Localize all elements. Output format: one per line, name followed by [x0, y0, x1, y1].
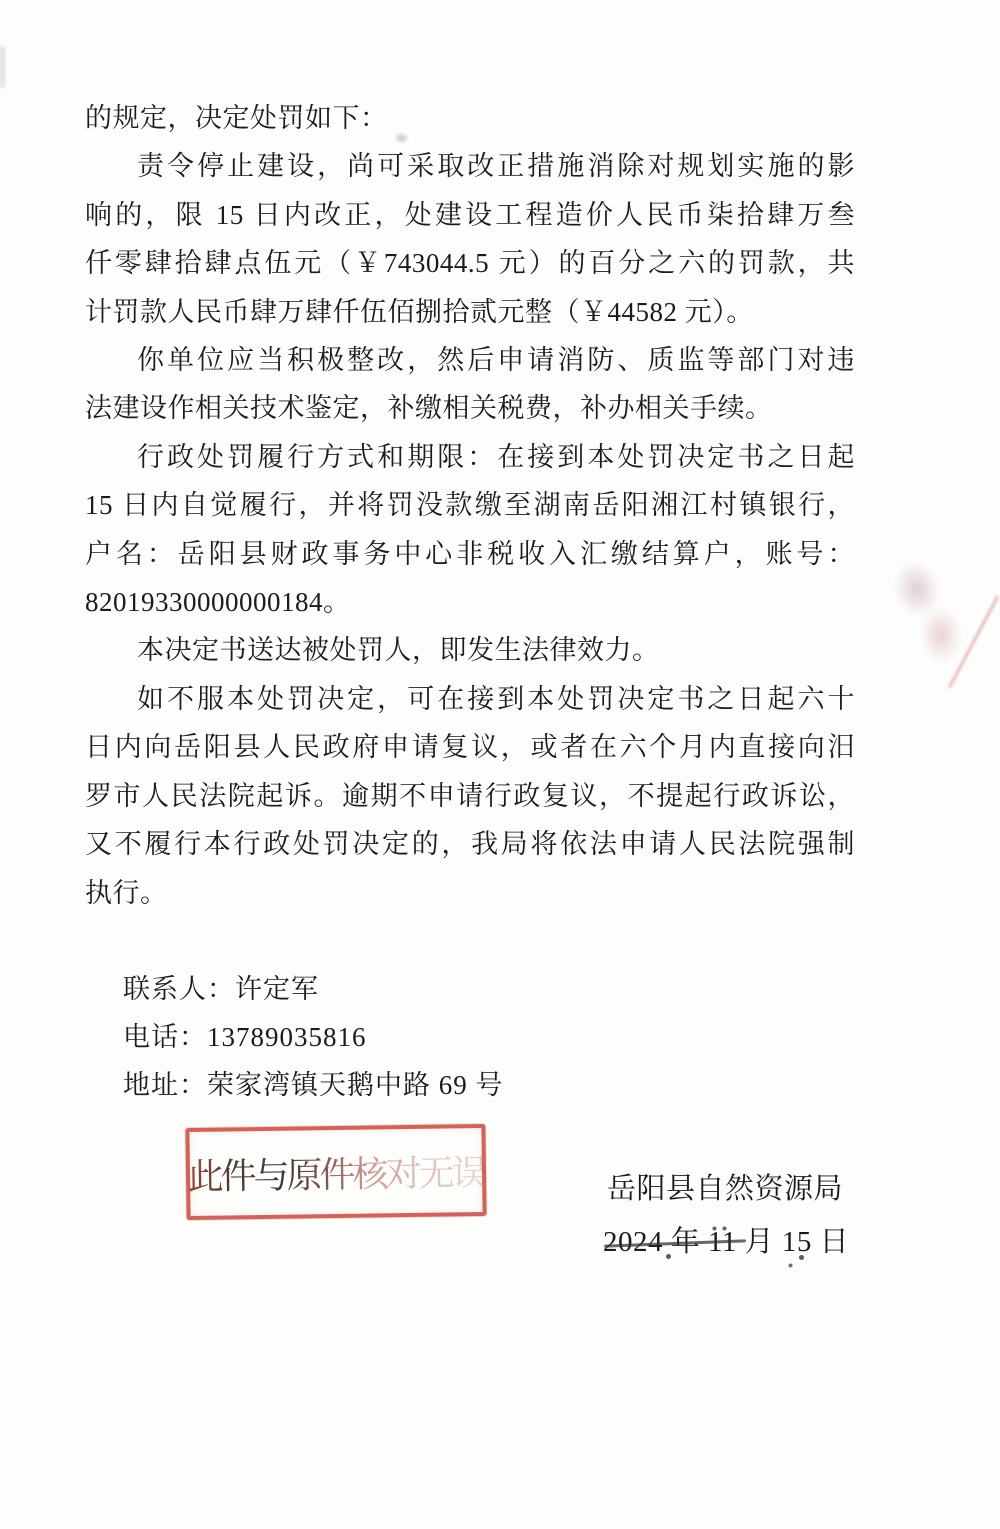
- scan-smudge: [396, 134, 407, 142]
- contact-block: 联系人：许定军 电话：13789035816 地址：荣家湾镇天鹅中路 69 号: [123, 965, 504, 1109]
- agency-name: 岳阳县自然资源局: [603, 1163, 847, 1216]
- body-text: 的规定，决定处罚如下： 责令停止建设，尚可采取改正措施消除对规划实施的影 响的，…: [85, 94, 855, 917]
- faded-stamp-blob: [920, 606, 962, 664]
- body-line: 本决定书送达被处罚人，即发生法律效力。: [85, 626, 855, 674]
- body-line: 82019330000000184。: [85, 578, 855, 626]
- body-line: 你单位应当积极整改，然后申请消防、质监等部门对违: [85, 336, 855, 384]
- body-line: 法建设作相关技术鉴定，补缴相关税费，补办相关手续。: [85, 384, 855, 432]
- verification-stamp-text: 此件与原件核对无误: [187, 1144, 485, 1199]
- contact-address: 地址：荣家湾镇天鹅中路 69 号: [123, 1061, 504, 1109]
- body-line: 15 日内自觉履行，并将罚没款缴至湖南岳阳湘江村镇银行，: [85, 481, 855, 529]
- contact-person: 联系人：许定军: [123, 965, 504, 1013]
- scan-edge-mark: [0, 46, 5, 88]
- body-line: 责令停止建设，尚可采取改正措施消除对规划实施的影: [85, 142, 855, 190]
- body-line: 又不履行本行政处罚决定的，我局将依法申请人民法院强制: [85, 820, 855, 868]
- agency-signature: 岳阳县自然资源局 2024 年 11 月 15 日: [603, 1163, 847, 1269]
- faded-stamp-edge-line: [948, 595, 999, 688]
- faded-stamp-fragment: [876, 548, 1000, 698]
- faded-stamp-blob: [886, 554, 948, 623]
- body-line: 户名：岳阳县财政事务中心非税收入汇缴结算户，账号：: [85, 530, 855, 578]
- body-line: 行政处罚履行方式和期限：在接到本处罚决定书之日起: [85, 433, 855, 481]
- body-line: 仟零肆拾肆点伍元（￥743044.5 元）的百分之六的罚款，共: [85, 239, 855, 287]
- document-page: 的规定，决定处罚如下： 责令停止建设，尚可采取改正措施消除对规划实施的影 响的，…: [0, 0, 1000, 1529]
- scan-artifact-dots: [0, 0, 3, 3]
- body-line: 罗市人民法院起诉。逾期不申请行政复议，不提起行政诉讼，: [85, 772, 855, 820]
- body-line: 如不服本处罚决定，可在接到本处罚决定书之日起六十: [85, 675, 855, 723]
- body-line: 的规定，决定处罚如下：: [85, 94, 855, 142]
- body-line: 执行。: [85, 869, 855, 917]
- body-line: 计罚款人民币肆万肆仟伍佰捌拾贰元整（￥44582 元）。: [85, 288, 855, 336]
- body-line: 响的，限 15 日内改正，处建设工程造价人民币柒拾肆万叁: [85, 191, 855, 239]
- body-line: 日内向岳阳县人民政府申请复议，或者在六个月内直接向汨: [85, 723, 855, 771]
- contact-phone: 电话：13789035816: [123, 1013, 504, 1061]
- verification-stamp: 此件与原件核对无误: [185, 1124, 486, 1220]
